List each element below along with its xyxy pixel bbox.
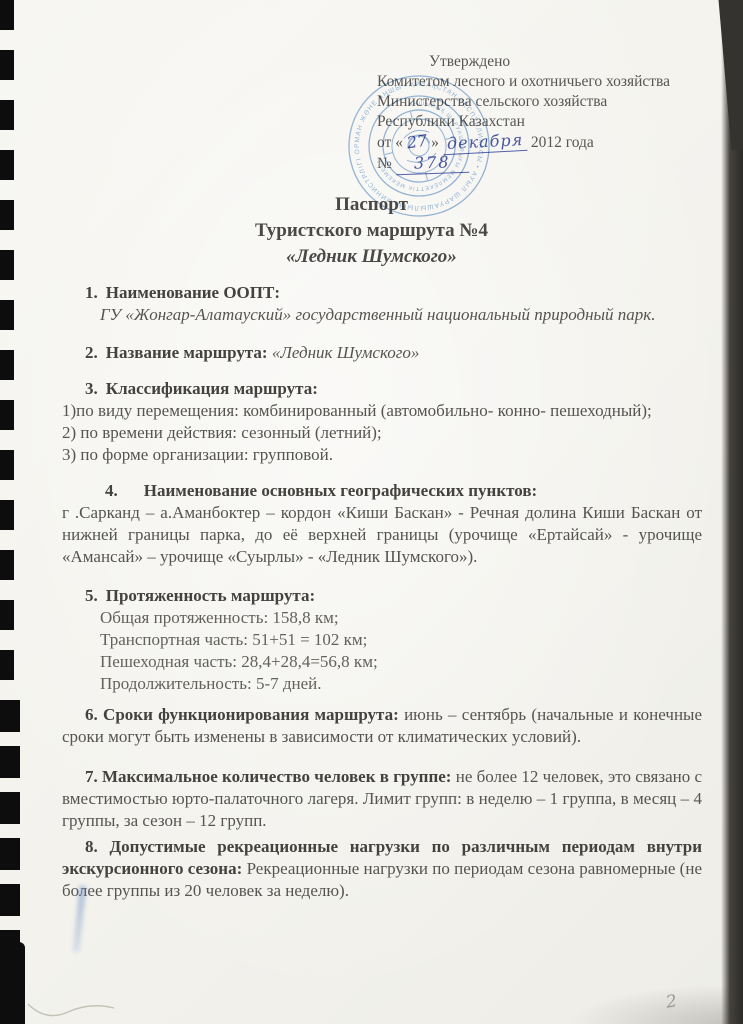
item-5-line-4: Продолжительность: 5-7 дней.	[100, 673, 702, 695]
comb-binding-bottom	[0, 700, 20, 950]
item-7: 7. Максимальное количество человек в гру…	[62, 766, 702, 832]
document-body: 1.Наименование ООПТ: ГУ «Жонгар-Алатауск…	[62, 282, 702, 902]
item-4-body: г .Сарканд – а.Аманбоктер – кордон «Киши…	[62, 502, 702, 568]
item-5-heading: Протяженность маршрута:	[106, 586, 315, 605]
scan-edge-shadow-right	[721, 0, 743, 1024]
title-line-1: Паспорт	[0, 192, 743, 218]
stamp-inner-ring-text: АҢШЫЛЫҚ ШАРУАШЫЛЫҒЫ МЕМЛЕКЕТТІК МЕКЕМЕСІ	[365, 91, 474, 200]
item-1-body: ГУ «Жонгар-Алатауский» государственный н…	[100, 304, 702, 326]
item-8: 8. Допустимые рекреационные нагрузки по …	[62, 836, 702, 902]
scanned-document-page: Утверждено Комитетом лесного и охотничье…	[0, 0, 743, 1024]
title-line-2: Туристского маршрута №4	[0, 218, 743, 244]
item-6-number: 6.	[85, 705, 98, 724]
approval-date-year: 2012 года	[531, 134, 594, 151]
item-5-line-2: Транспортная часть: 51+51 = 102 км;	[100, 629, 702, 651]
item-2-body: «Ледник Шумского»	[272, 343, 420, 362]
pencil-squiggle	[26, 998, 116, 1020]
item-4: 4.Наименование основных географических п…	[62, 480, 702, 568]
item-7-number: 7.	[85, 767, 98, 786]
item-3-number: 3.	[85, 379, 98, 398]
page-number: 2	[665, 991, 679, 1012]
item-4-heading: Наименование основных географических пун…	[144, 481, 537, 500]
item-3-line-1: 1)по виду перемещения: комбинированный (…	[62, 400, 702, 422]
item-2-number: 2.	[85, 343, 98, 362]
item-5: 5.Протяженность маршрута: Общая протяжен…	[62, 585, 702, 695]
item-3-line-2: 2) по времени действия: сезонный (летний…	[62, 422, 702, 444]
item-4-number: 4.	[105, 481, 118, 500]
item-3-heading: Классификация маршрута:	[106, 379, 318, 398]
item-7-heading: Максимальное количество человек в группе…	[102, 767, 451, 786]
comb-binding-top	[0, 0, 14, 720]
comb-binding-spine	[0, 942, 25, 1024]
item-2-heading: Название маршрута:	[106, 343, 268, 362]
item-3-line-3: 3) по форме организации: групповой.	[62, 444, 702, 466]
item-6-heading: Сроки функционирования маршрута:	[103, 705, 399, 724]
title-line-3: «Ледник Шумского»	[0, 244, 743, 270]
item-5-line-3: Пешеходная часть: 28,4+28,4=56,8 км;	[100, 651, 702, 673]
item-1-number: 1.	[85, 283, 98, 302]
item-3: 3.Классификация маршрута: 1)по виду пере…	[62, 378, 702, 466]
item-6: 6. Сроки функционирования маршрута: июнь…	[62, 704, 702, 748]
item-8-number: 8.	[85, 837, 98, 856]
item-5-number: 5.	[85, 586, 98, 605]
item-1-heading: Наименование ООПТ:	[106, 283, 280, 302]
document-title: Паспорт Туристского маршрута №4 «Ледник …	[0, 192, 743, 270]
svg-text:АҢШЫЛЫҚ ШАРУАШЫЛЫҒЫ МЕМЛЕКЕТТІ: АҢШЫЛЫҚ ШАРУАШЫЛЫҒЫ МЕМЛЕКЕТТІК МЕКЕМЕСІ	[365, 91, 474, 200]
scan-shadow-bottom-right	[569, 984, 729, 1024]
item-1: 1.Наименование ООПТ: ГУ «Жонгар-Алатауск…	[62, 282, 702, 326]
item-2: 2.Название маршрута: «Ледник Шумского»	[62, 342, 702, 364]
item-5-line-1: Общая протяженность: 158,8 км;	[100, 607, 702, 629]
